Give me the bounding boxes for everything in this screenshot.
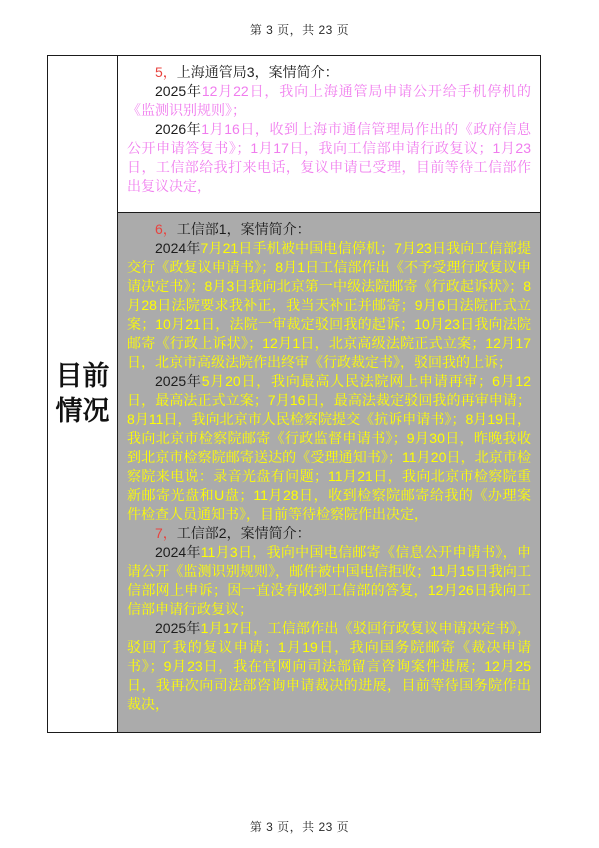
section-5-paragraph-1: 2025年12月22日，我向上海通管局申请公开给手机停机的《监测识别规则》； [127, 82, 531, 120]
section-5-heading: 5，上海通管局3，案情简介： [127, 63, 531, 82]
paragraph-text: 5月20日，我向最高人民法院网上申请再审；6月12日，最高法正式立案；7月16日… [127, 373, 531, 522]
paragraph-text: 7月21日手机被中国电信停机；7月23日我向工信部提交行《政复议申请书》；8月1… [127, 240, 531, 370]
row-label-cell: 目前情况 [48, 56, 118, 732]
section-7-heading: 7，工信部2，案情简介： [127, 524, 531, 543]
year-prefix: 2025年 [155, 620, 201, 636]
year-prefix: 2025年 [155, 373, 202, 389]
case-number-5: 5， [155, 64, 177, 80]
section-5-paragraph-2: 2026年1月16日，收到上海市通信管理局作出的《政府信息公开申请答复书》；1月… [127, 120, 531, 196]
page-number-footer: 第 3 页，共 23 页 [0, 818, 599, 835]
section-6-paragraph-1: 2024年7月21日手机被中国电信停机；7月23日我向工信部提交行《政复议申请书… [127, 239, 531, 372]
year-prefix: 2026年 [155, 121, 201, 137]
section-6-7-cell: 6，工信部1，案情简介： 2024年7月21日手机被中国电信停机；7月23日我向… [118, 213, 540, 732]
section-7-paragraph-2: 2025年1月17日，工信部作出《驳回行政复议申请决定书》，驳回了我的复议申请；… [127, 619, 531, 714]
section-7-paragraph-1: 2024年11月3日，我向中国电信邮寄《信息公开申请书》，申请公开《监测识别规则… [127, 543, 531, 619]
row-label: 目前情况 [56, 359, 110, 429]
case-status-table: 目前情况 5，上海通管局3，案情简介： 2025年12月22日，我向上海通管局申… [47, 55, 541, 733]
page-number-header: 第 3 页，共 23 页 [0, 21, 599, 38]
section-5-cell: 5，上海通管局3，案情简介： 2025年12月22日，我向上海通管局申请公开给手… [118, 56, 540, 213]
case-number-6: 6， [155, 221, 177, 237]
year-prefix: 2024年 [155, 544, 201, 560]
year-prefix: 2024年 [155, 240, 201, 256]
section-6-paragraph-2: 2025年5月20日，我向最高人民法院网上申请再审；6月12日，最高法正式立案；… [127, 372, 531, 524]
case-number-7: 7， [155, 525, 177, 541]
case-title-7: 工信部2，案情简介： [177, 525, 311, 541]
case-title-5: 上海通管局3，案情简介： [177, 64, 339, 80]
section-6-heading: 6，工信部1，案情简介： [127, 220, 531, 239]
year-prefix: 2025年 [155, 83, 202, 99]
case-title-6: 工信部1，案情简介： [177, 221, 311, 237]
